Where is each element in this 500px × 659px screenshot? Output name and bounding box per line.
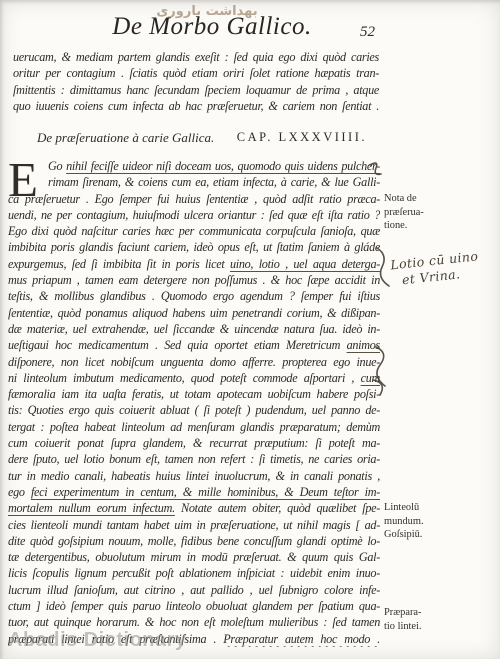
body-text-line: ueſtigaui hoc medicamentum . Sed quia op…: [8, 337, 380, 353]
body-text-line: fæmoralia iam ita uaſta feratis, ut tota…: [8, 386, 380, 402]
text-segment: dere ſputo, uel lotio bonum eſt, tamen n…: [8, 452, 380, 466]
text-segment: ctum ] ideò ſemper quis paruo linteolo o…: [8, 599, 380, 613]
hand-underlined-segment: mortalem nullum eorum infectum.: [8, 501, 175, 515]
margin-note-line: Goſsipiū.: [384, 528, 462, 542]
margin-note-linen-preparation: Præpara- tio lintei.: [384, 606, 462, 633]
body-text-line: dite quòd goſsipium nouum, molle, fidibu…: [8, 533, 380, 549]
hand-underlined-segment: animos: [347, 338, 380, 352]
text-segment: tæ detergentibus, obuolutum mirum in mod…: [8, 550, 380, 564]
text-segment: imbibita poris glandis faciunt cariem, i…: [8, 240, 380, 254]
body-text-line: ſententiæ, quòd ponamus aliquod habens u…: [8, 305, 380, 321]
body-text-line: ca præſeruetur . Ego ſemper fui huius ſe…: [8, 191, 380, 207]
hand-underlined-segment: Præparatur autem hoc modo .: [223, 632, 380, 646]
text-segment: tur in medio canali, habeatis huius lint…: [8, 469, 380, 483]
hand-underlined-segment: cum: [361, 371, 380, 385]
margin-note-line: mundum.: [384, 515, 462, 529]
margin-note-line: Nota de: [384, 192, 462, 206]
text-segment: diſponere, non licet nobiſcum unguenta d…: [8, 355, 380, 369]
body-text-line: tur in medio canali, habeatis huius lint…: [8, 468, 380, 484]
body-text-line: cies lienteoli mundi tantam habet uim in…: [8, 517, 380, 533]
body-text-line: diſponere, non licet nobiſcum unguenta d…: [8, 354, 380, 370]
text-segment: rimam ſirenam, & coiens cum ea, etiam in…: [48, 175, 380, 189]
body-text-line: Go nihil feciſſe uideor niſi doceam uos,…: [8, 158, 380, 174]
body-text-line: expurgemus, ſed ſi imbibita ſit in poris…: [8, 256, 380, 272]
intro-paragraph: uerucam, & mediam partem glandis exeſit …: [13, 49, 379, 114]
intro-text-line: ſmittentis : dimittamus hanc ſecundam ſp…: [13, 82, 379, 98]
text-segment: ni linteolum imbutum medicamento, quod p…: [8, 371, 361, 385]
text-segment: dæ materiæ, uel extrahendæ, uel ſiccandæ…: [8, 322, 380, 336]
intro-text-line: oritur per contagium . ſciatis quòd etia…: [13, 65, 379, 81]
text-segment: Go: [48, 159, 66, 173]
text-segment: licis ſcopulis lignum percußit poſt abla…: [8, 566, 380, 580]
text-segment: Notate autem obiter, quòd quælibet ſpe-: [175, 501, 380, 515]
body-text-line: imbibita poris glandis faciunt cariem, i…: [8, 239, 380, 255]
text-segment: fæmoralia iam ita uaſta feratis, ut tota…: [8, 387, 380, 401]
margin-note-preservation: Nota de præſerua- tione.: [384, 192, 462, 233]
margin-note-line: tione.: [384, 219, 462, 233]
body-text-line: ni linteolum imbutum medicamento, quod p…: [8, 370, 380, 386]
text-segment: ca præſeruetur . Ego ſemper fui huius ſe…: [8, 192, 380, 206]
text-segment: teſtis, & mollibus glandibus . Quomodo e…: [8, 289, 380, 303]
scanned-book-page: بهداشت باروری De Morbo Gallico. 52 ueruc…: [0, 0, 500, 659]
body-text-line: Ego dixi quòd naſcitur caries hæc per co…: [8, 223, 380, 239]
text-segment: tuor, aut quinque horarum. & hoc non eſt…: [8, 615, 380, 629]
hand-underlined-segment: uino, lotio , uel aqua deterga-: [230, 257, 380, 271]
body-text-line: ctum ] ideò ſemper quis paruo linteolo o…: [8, 598, 380, 614]
handwritten-margin-note: Lotio cū uino et Vrina.: [390, 247, 497, 290]
chapter-heading-title: De præſeruatione à carie Gallica.: [37, 130, 214, 146]
body-text-line: tis: Quoties ergo quis coiuerit abluat (…: [8, 402, 380, 418]
text-segment: expurgemus, ſed ſi imbibita ſit in poris…: [8, 257, 230, 271]
text-segment: dite quòd goſsipium nouum, molle, fidibu…: [8, 534, 380, 548]
margin-note-line: tio lintei.: [384, 620, 462, 634]
text-segment: ego: [8, 485, 31, 499]
body-text-line: mortalem nullum eorum infectum. Notate a…: [8, 500, 380, 516]
body-text-line: rimam ſirenam, & coiens cum ea, etiam in…: [8, 174, 380, 190]
hand-underlined-segment: nihil feciſſe uideor niſi doceam uos, qu…: [66, 159, 380, 173]
text-segment: tis: Quoties ergo quis coiuerit abluat (…: [8, 403, 380, 417]
text-segment: cum coiuerit ponat ſupra glandem, & recu…: [8, 436, 380, 450]
body-text-line: mus priapum , tamen eam detergere non po…: [8, 272, 380, 288]
page-number: 52: [360, 24, 375, 41]
body-text-line: licis ſcopulis lignum percußit poſt abla…: [8, 565, 380, 581]
chapter-heading: De præſeruatione à carie Gallica. CAP. L…: [37, 130, 367, 146]
text-segment: uendi, ne per contagium, huiuſmodi ulcer…: [8, 208, 380, 222]
body-text-line: teſtis, & mollibus glandibus . Quomodo e…: [8, 288, 380, 304]
hand-underlined-segment: feci experimentum in centum, & mille hom…: [31, 485, 380, 499]
chapter-body-text: Go nihil feciſſe uideor niſi doceam uos,…: [8, 158, 380, 647]
text-segment: tergat : poſtea habeat linteolum ad menſ…: [8, 420, 380, 434]
margin-note-line: Linteolū: [384, 501, 462, 515]
intro-text-line: quo iuuenis coiens cum infecta ab hac pr…: [13, 98, 379, 114]
margin-note-linen-cotton: Linteolū mundum. Goſsipiū.: [384, 501, 462, 542]
body-text-line: dere ſputo, uel lotio bonum eſt, tamen n…: [8, 451, 380, 467]
text-segment: Ego dixi quòd naſcitur caries hæc per co…: [8, 224, 380, 238]
abadis-dictionary-watermark: Abadis Dictionary: [8, 629, 187, 652]
body-text-line: cum coiuerit ponat ſupra glandem, & recu…: [8, 435, 380, 451]
text-segment: mus priapum , tamen eam detergere non po…: [8, 273, 380, 287]
body-text-line: dæ materiæ, uel extrahendæ, uel ſiccandæ…: [8, 321, 380, 337]
body-text-line: ego feci experimentum in centum, & mille…: [8, 484, 380, 500]
margin-note-line: præſerua-: [384, 206, 462, 220]
intro-text-line: uerucam, & mediam partem glandis exeſit …: [13, 49, 379, 65]
margin-note-line: Præpara-: [384, 606, 462, 620]
chapter-number-label: CAP. LXXXVIIII.: [237, 130, 367, 146]
body-text-line: lucrum illud ſanioſum, aut citrino , aut…: [8, 582, 380, 598]
body-text-line: uendi, ne per contagium, huiuſmodi ulcer…: [8, 207, 380, 223]
text-segment: lucrum illud ſanioſum, aut citrino , aut…: [8, 583, 380, 597]
text-segment: ſententiæ, quòd ponamus aliquod habens u…: [8, 306, 380, 320]
text-segment: ueſtigaui hoc medicamentum . Sed quia op…: [8, 338, 347, 352]
text-segment: cies lienteoli mundi tantam habet uim in…: [8, 518, 380, 532]
body-text-line: tergat : poſtea habeat linteolum ad menſ…: [8, 419, 380, 435]
body-text-line: tæ detergentibus, obuolutum mirum in mod…: [8, 549, 380, 565]
